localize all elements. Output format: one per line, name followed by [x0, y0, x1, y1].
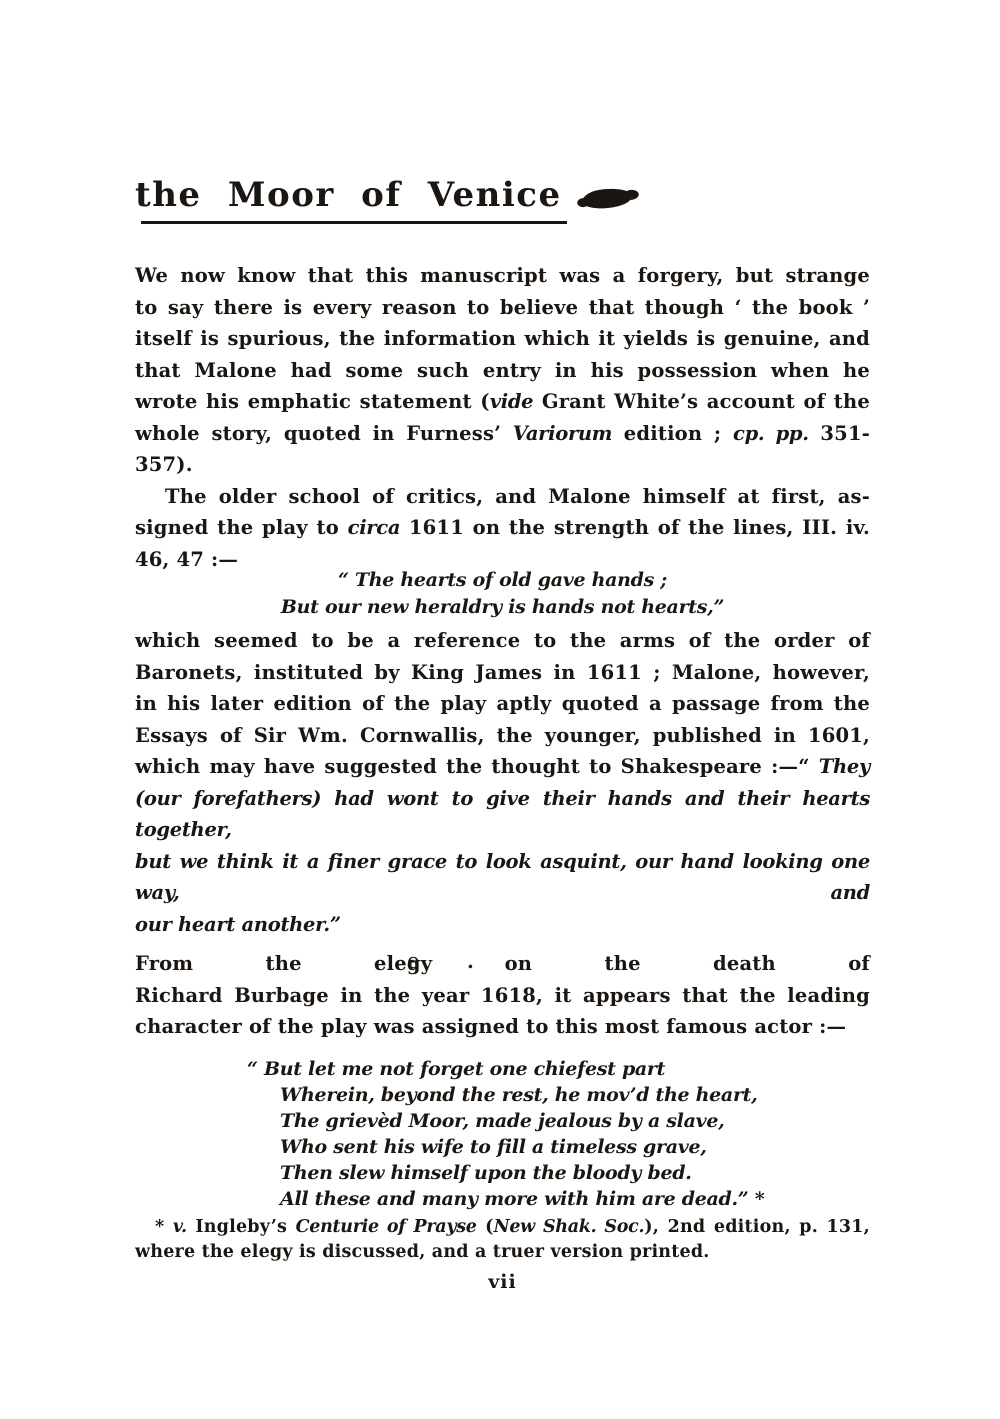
text-line: All these and many more with him are dea… — [247, 1186, 870, 1212]
text-line: Baronets, instituted by King James in 16… — [135, 657, 870, 689]
text-segment: Richard Burbage in the year 1618, it app… — [135, 984, 870, 1007]
text-segment: 357). — [135, 453, 193, 476]
text-segment: ( — [477, 1217, 494, 1237]
text-line: * v. Ingleby’s Centurie of Prayse (New S… — [135, 1215, 870, 1241]
italic-text-segment: Variorum — [513, 422, 612, 445]
text-line: Who sent his wife to fill a timeless gra… — [247, 1134, 870, 1160]
text-segment: Baronets, instituted by King James in 16… — [135, 661, 870, 684]
text-segment: 1611 on the strength of the lines, III. … — [400, 516, 870, 539]
text-line: that Malone had some such entry in his p… — [135, 355, 870, 387]
text-line: 357). — [135, 449, 870, 481]
italic-text-segment: vide — [490, 390, 534, 413]
italic-text-segment: Centurie of Prayse — [296, 1217, 477, 1237]
verse-quote-elegy: “ But let me not forget one chiefest par… — [247, 1056, 870, 1212]
text-segment: Ingleby’s — [187, 1217, 296, 1237]
text-line: in his later edition of the play aptly q… — [135, 688, 870, 720]
text-line: Essays of Sir Wm. Cornwallis, the younge… — [135, 720, 870, 752]
text-line: where the elegy is discussed, and a true… — [135, 1240, 870, 1266]
text-line: our heart another.” — [135, 909, 870, 941]
text-line: to say there is every reason to believe … — [135, 292, 870, 324]
paragraph-forgery: We now know that this manuscript was a f… — [135, 260, 870, 481]
text-segment: where the elegy is discussed, and a true… — [135, 1242, 710, 1262]
title-underline — [141, 221, 567, 224]
italic-text-segment: (our forefathers) had wont to give their… — [135, 787, 870, 842]
text-segment: character of the play was assigned to th… — [135, 1015, 846, 1038]
italic-text-segment: “ The hearts of old gave hands ; — [338, 569, 667, 591]
text-segment: edition ; — [612, 422, 733, 445]
text-line: “ But let me not forget one chiefest par… — [247, 1056, 870, 1082]
page-title-text: the Moor of Venice — [135, 174, 562, 216]
page-title: the Moor of Venice — [135, 174, 870, 216]
page-number: vii — [135, 1269, 870, 1295]
fleuron-ornament-icon — [581, 186, 632, 209]
text-segment: 351- — [809, 422, 870, 445]
verse-quote-heraldry: “ The hearts of old gave hands ;But our … — [135, 567, 870, 621]
italic-text-segment: They — [819, 755, 870, 778]
text-line: The older school of critics, and Malone … — [135, 481, 870, 513]
text-segment: * — [155, 1217, 173, 1237]
text-segment: Grant White’s account of the — [533, 390, 870, 413]
italic-text-segment: circa — [348, 516, 401, 539]
italic-text-segment: v. — [173, 1217, 187, 1237]
italic-text-segment: Wherein, beyond the rest, he mov’d the h… — [280, 1084, 757, 1106]
italic-text-segment: cp. pp. — [733, 422, 809, 445]
print-artifact-dot: . — [467, 946, 474, 978]
text-segment: Essays of Sir Wm. Cornwallis, the younge… — [135, 724, 870, 747]
italic-text-segment: But our new heraldry is hands not hearts… — [281, 596, 724, 618]
text-line: but we think it a finer grace to look as… — [135, 846, 870, 909]
italic-text-segment: All these and many more with him are dea… — [280, 1188, 764, 1210]
text-segment: whole story, quoted in Furness’ — [135, 422, 513, 445]
italic-text-segment: Then slew himself upon the bloody bed. — [280, 1162, 692, 1184]
print-artifact-e: e — [407, 946, 419, 978]
text-segment: signed the play to — [135, 516, 348, 539]
italic-text-segment: Who sent his wife to fill a timeless gra… — [280, 1136, 707, 1158]
footnote: * v. Ingleby’s Centurie of Prayse (New S… — [135, 1215, 870, 1266]
text-segment: We now know that this manuscript was a f… — [135, 264, 870, 287]
text-segment: The older school of critics, and Malone … — [165, 485, 870, 508]
paragraph-burbage-rest: Richard Burbage in the year 1618, it app… — [135, 980, 870, 1043]
italic-text-segment: our heart another.” — [135, 913, 341, 936]
paragraph-burbage: e . From the elegy on the death of Richa… — [135, 948, 870, 1043]
text-line: Richard Burbage in the year 1618, it app… — [135, 980, 870, 1012]
text-line: (our forefathers) had wont to give their… — [135, 783, 870, 846]
elegy-intro-text: From the elegy on the death of — [135, 952, 870, 975]
text-line: wrote his emphatic statement (vide Grant… — [135, 386, 870, 418]
text-line: which seemed to be a reference to the ar… — [135, 625, 870, 657]
paragraph-older-school: The older school of critics, and Malone … — [135, 481, 870, 576]
book-page: the Moor of Venice We now know that this… — [0, 0, 1000, 1419]
text-segment: that Malone had some such entry in his p… — [135, 359, 870, 382]
italic-text-segment: but we think it a finer grace to look as… — [135, 850, 870, 905]
text-segment: in his later edition of the play aptly q… — [135, 692, 870, 715]
text-segment: ), 2nd edition, p. 131, — [644, 1217, 870, 1237]
text-segment: 46, 47 :— — [135, 548, 238, 571]
text-line: Then slew himself upon the bloody bed. — [247, 1160, 870, 1186]
text-segment: wrote his emphatic statement ( — [135, 390, 490, 413]
italic-text-segment: “ But let me not forget one chiefest par… — [247, 1058, 665, 1080]
degraded-print-line: e . From the elegy on the death of — [135, 948, 870, 980]
text-line: Wherein, beyond the rest, he mov’d the h… — [247, 1082, 870, 1108]
text-line: We now know that this manuscript was a f… — [135, 260, 870, 292]
text-line: The grievèd Moor, made jealous by a slav… — [247, 1108, 870, 1134]
text-line: But our new heraldry is hands not hearts… — [135, 594, 870, 621]
text-line: character of the play was assigned to th… — [135, 1011, 870, 1043]
text-line: whole story, quoted in Furness’ Variorum… — [135, 418, 870, 450]
text-segment: itself is spurious, the information whic… — [135, 327, 870, 350]
italic-text-segment: The grievèd Moor, made jealous by a slav… — [280, 1110, 724, 1132]
text-line: signed the play to circa 1611 on the str… — [135, 512, 870, 544]
text-line: itself is spurious, the information whic… — [135, 323, 870, 355]
paragraph-baronets: which seemed to be a reference to the ar… — [135, 625, 870, 940]
text-segment: to say there is every reason to believe … — [135, 296, 870, 319]
text-segment: which seemed to be a reference to the ar… — [135, 629, 870, 652]
text-line: which may have suggested the thought to … — [135, 751, 870, 783]
text-segment: which may have suggested the thought to … — [135, 755, 819, 778]
text-line: “ The hearts of old gave hands ; — [135, 567, 870, 594]
italic-text-segment: New Shak. Soc. — [494, 1217, 645, 1237]
